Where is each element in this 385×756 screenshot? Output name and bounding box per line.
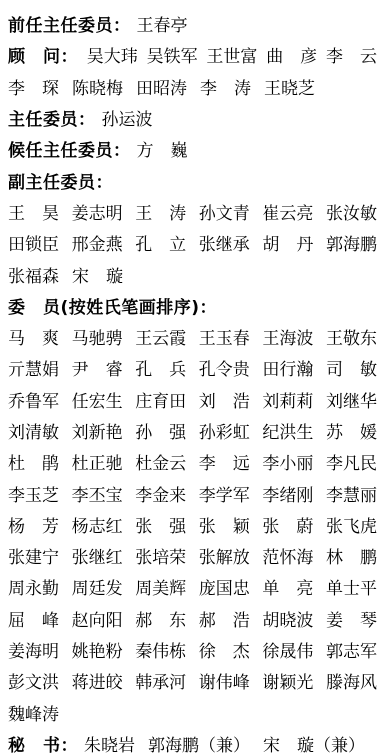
roster-row: 杨 芳杨志红张 强张 颖张 蔚张飞虎 [8, 509, 377, 540]
member-name: 姜志明 [72, 199, 123, 224]
member-name: 宋 璇（兼） [263, 731, 365, 756]
member-name: 彭文洪 [8, 668, 59, 693]
member-name: 纪洪生 [262, 418, 313, 443]
member-name: 姚艳粉 [72, 637, 123, 662]
roster-row: 杜 鹃杜正驰杜金云李 远李小丽李凡民 [8, 446, 377, 477]
committee-roster-document: 前任主任委员：王春亭顾 问：吴大玮吴铁军王世富曲 彦李 云李 琛陈晓梅田昭涛李 … [0, 0, 385, 756]
member-name: 李小丽 [262, 449, 313, 474]
member-name: 司 敏 [326, 355, 377, 380]
member-name: 张 蔚 [262, 512, 313, 537]
member-name: 亓慧娟 [8, 355, 59, 380]
member-name: 李 云 [326, 42, 377, 67]
roster-row: 彭文洪蒋进皎韩承河谢伟峰谢颖光滕海风 [8, 665, 377, 696]
member-name: 张汝敏 [326, 199, 377, 224]
member-name: 李凡民 [326, 449, 377, 474]
roster-row: 秘 书：朱晓岩郭海鹏（兼）宋 璇（兼） [8, 728, 377, 756]
member-name: 孙运波 [102, 105, 153, 130]
member-name: 尹 睿 [72, 355, 123, 380]
roster-row: 乔鲁军任宏生庄育田刘 浩刘莉莉刘继华 [8, 384, 377, 415]
member-name: 孔令贵 [199, 355, 250, 380]
member-name: 孙文青 [199, 199, 250, 224]
member-name: 滕海风 [326, 668, 377, 693]
member-name: 陈晓梅 [72, 74, 123, 99]
member-name: 王 昊 [8, 199, 59, 224]
roster-row: 魏峰涛 [8, 697, 377, 728]
roster-row: 顾 问：吴大玮吴铁军王世富曲 彦李 云 [8, 39, 377, 70]
member-name: 李丕宝 [72, 481, 123, 506]
member-name: 张培荣 [135, 543, 186, 568]
member-name: 郭海鹏（兼） [148, 731, 250, 756]
member-name: 秦伟栋 [135, 637, 186, 662]
member-name: 郝 东 [135, 606, 186, 631]
member-name: 杜金云 [135, 449, 186, 474]
member-name: 郝 浩 [199, 606, 250, 631]
roster-row: 李玉芝李丕宝李金来李学军李绪刚李慧丽 [8, 477, 377, 508]
member-name: 李玉芝 [8, 481, 59, 506]
roster-row: 张建宁张继红张培荣张解放范怀海林 鹏 [8, 540, 377, 571]
member-name: 杜正驰 [72, 449, 123, 474]
roster-row: 屈 峰赵向阳郝 东郝 浩胡晓波姜 琴 [8, 603, 377, 634]
member-name: 谢伟峰 [199, 668, 250, 693]
member-name: 单 亮 [262, 574, 313, 599]
member-name: 张飞虎 [326, 512, 377, 537]
member-name: 范怀海 [262, 543, 313, 568]
member-name: 孙 强 [135, 418, 186, 443]
section-label: 秘 书： [8, 731, 78, 756]
member-name: 张 强 [135, 512, 186, 537]
member-name: 刘清敏 [8, 418, 59, 443]
member-name: 李金来 [135, 481, 186, 506]
member-name: 单士平 [326, 574, 377, 599]
member-name: 王世富 [206, 42, 257, 67]
member-name: 邢金燕 [72, 230, 123, 255]
member-name: 孙彩虹 [199, 418, 250, 443]
member-name: 吴大玮 [87, 42, 138, 67]
member-name: 张继红 [72, 543, 123, 568]
member-name: 姜海明 [8, 637, 59, 662]
member-name: 李 涛 [200, 74, 251, 99]
roster-row: 前任主任委员：王春亭 [8, 8, 377, 39]
member-name: 孔 兵 [135, 355, 186, 380]
member-name: 方 巍 [137, 136, 188, 161]
member-name: 郭海鹏 [326, 230, 377, 255]
member-name: 王敬东 [326, 324, 377, 349]
member-name: 刘 浩 [199, 387, 250, 412]
roster-row: 张福森宋 璇 [8, 258, 377, 289]
roster-row: 王 昊姜志明王 涛孙文青崔云亮张汝敏 [8, 196, 377, 227]
member-name: 张解放 [199, 543, 250, 568]
member-name: 李 远 [199, 449, 250, 474]
member-name: 朱晓岩 [84, 731, 135, 756]
member-name: 孔 立 [135, 230, 186, 255]
member-name: 魏峰涛 [8, 700, 59, 725]
member-name: 崔云亮 [262, 199, 313, 224]
member-name: 赵向阳 [72, 606, 123, 631]
member-name: 王春亭 [137, 11, 188, 36]
member-name: 周永勤 [8, 574, 59, 599]
member-name: 马 爽 [8, 324, 59, 349]
member-name: 宋 璇 [72, 262, 123, 287]
roster-row: 候任主任委员：方 巍 [8, 133, 377, 164]
roster-row: 委 员(按姓氏笔画排序)： [8, 290, 377, 321]
member-name: 吴铁军 [147, 42, 198, 67]
roster-row: 马 爽马驰骋王云霞王玉春王海波王敬东 [8, 321, 377, 352]
member-name: 田昭涛 [136, 74, 187, 99]
roster-row: 周永勤周廷发周美辉庞国忠单 亮单士平 [8, 571, 377, 602]
roster-row: 李 琛陈晓梅田昭涛李 涛王晓芝 [8, 71, 377, 102]
member-name: 苏 媛 [326, 418, 377, 443]
member-name: 李学军 [199, 481, 250, 506]
member-name: 王 涛 [135, 199, 186, 224]
member-name: 刘莉莉 [262, 387, 313, 412]
member-name: 张 颖 [199, 512, 250, 537]
member-name: 杜 鹃 [8, 449, 59, 474]
member-name: 杨志红 [72, 512, 123, 537]
member-name: 张建宁 [8, 543, 59, 568]
member-name: 屈 峰 [8, 606, 59, 631]
member-name: 王玉春 [199, 324, 250, 349]
member-name: 徐晟伟 [262, 637, 313, 662]
member-name: 曲 彦 [266, 42, 317, 67]
member-name: 田锁臣 [8, 230, 59, 255]
member-name: 田行瀚 [262, 355, 313, 380]
member-name: 刘新艳 [72, 418, 123, 443]
member-name: 李 琛 [8, 74, 59, 99]
roster-row: 刘清敏刘新艳孙 强孙彩虹纪洪生苏 媛 [8, 415, 377, 446]
member-name: 马驰骋 [72, 324, 123, 349]
member-name: 任宏生 [72, 387, 123, 412]
roster-row: 副主任委员： [8, 164, 377, 195]
roster-row: 田锁臣邢金燕孔 立张继承胡 丹郭海鹏 [8, 227, 377, 258]
member-name: 胡 丹 [262, 230, 313, 255]
member-name: 谢颖光 [262, 668, 313, 693]
member-name: 张福森 [8, 262, 59, 287]
member-name: 韩承河 [135, 668, 186, 693]
member-name: 郭志军 [326, 637, 377, 662]
member-name: 姜 琴 [326, 606, 377, 631]
member-name: 李慧丽 [326, 481, 377, 506]
member-name: 周美辉 [135, 574, 186, 599]
member-list: 前任主任委员：王春亭顾 问：吴大玮吴铁军王世富曲 彦李 云李 琛陈晓梅田昭涛李 … [8, 8, 377, 756]
roster-row: 亓慧娟尹 睿孔 兵孔令贵田行瀚司 敏 [8, 352, 377, 383]
roster-row: 主任委员：孙运波 [8, 102, 377, 133]
member-name: 庄育田 [135, 387, 186, 412]
member-name: 王云霞 [135, 324, 186, 349]
member-name: 胡晓波 [262, 606, 313, 631]
section-label: 主任委员： [8, 105, 96, 130]
member-name: 蒋进皎 [72, 668, 123, 693]
member-name: 周廷发 [72, 574, 123, 599]
member-name: 庞国忠 [199, 574, 250, 599]
member-name: 张继承 [199, 230, 250, 255]
section-label: 前任主任委员： [8, 11, 131, 36]
section-label: 委 员(按姓氏笔画排序)： [8, 293, 217, 318]
member-name: 刘继华 [326, 387, 377, 412]
member-name: 李绪刚 [262, 481, 313, 506]
member-name: 杨 芳 [8, 512, 59, 537]
section-label: 候任主任委员： [8, 136, 131, 161]
member-name: 王晓芝 [264, 74, 315, 99]
member-name: 林 鹏 [326, 543, 377, 568]
member-name: 乔鲁军 [8, 387, 59, 412]
section-label: 副主任委员： [8, 168, 113, 193]
member-name: 王海波 [262, 324, 313, 349]
roster-row: 姜海明姚艳粉秦伟栋徐 杰徐晟伟郭志军 [8, 634, 377, 665]
member-name: 徐 杰 [199, 637, 250, 662]
section-label: 顾 问： [8, 42, 78, 67]
